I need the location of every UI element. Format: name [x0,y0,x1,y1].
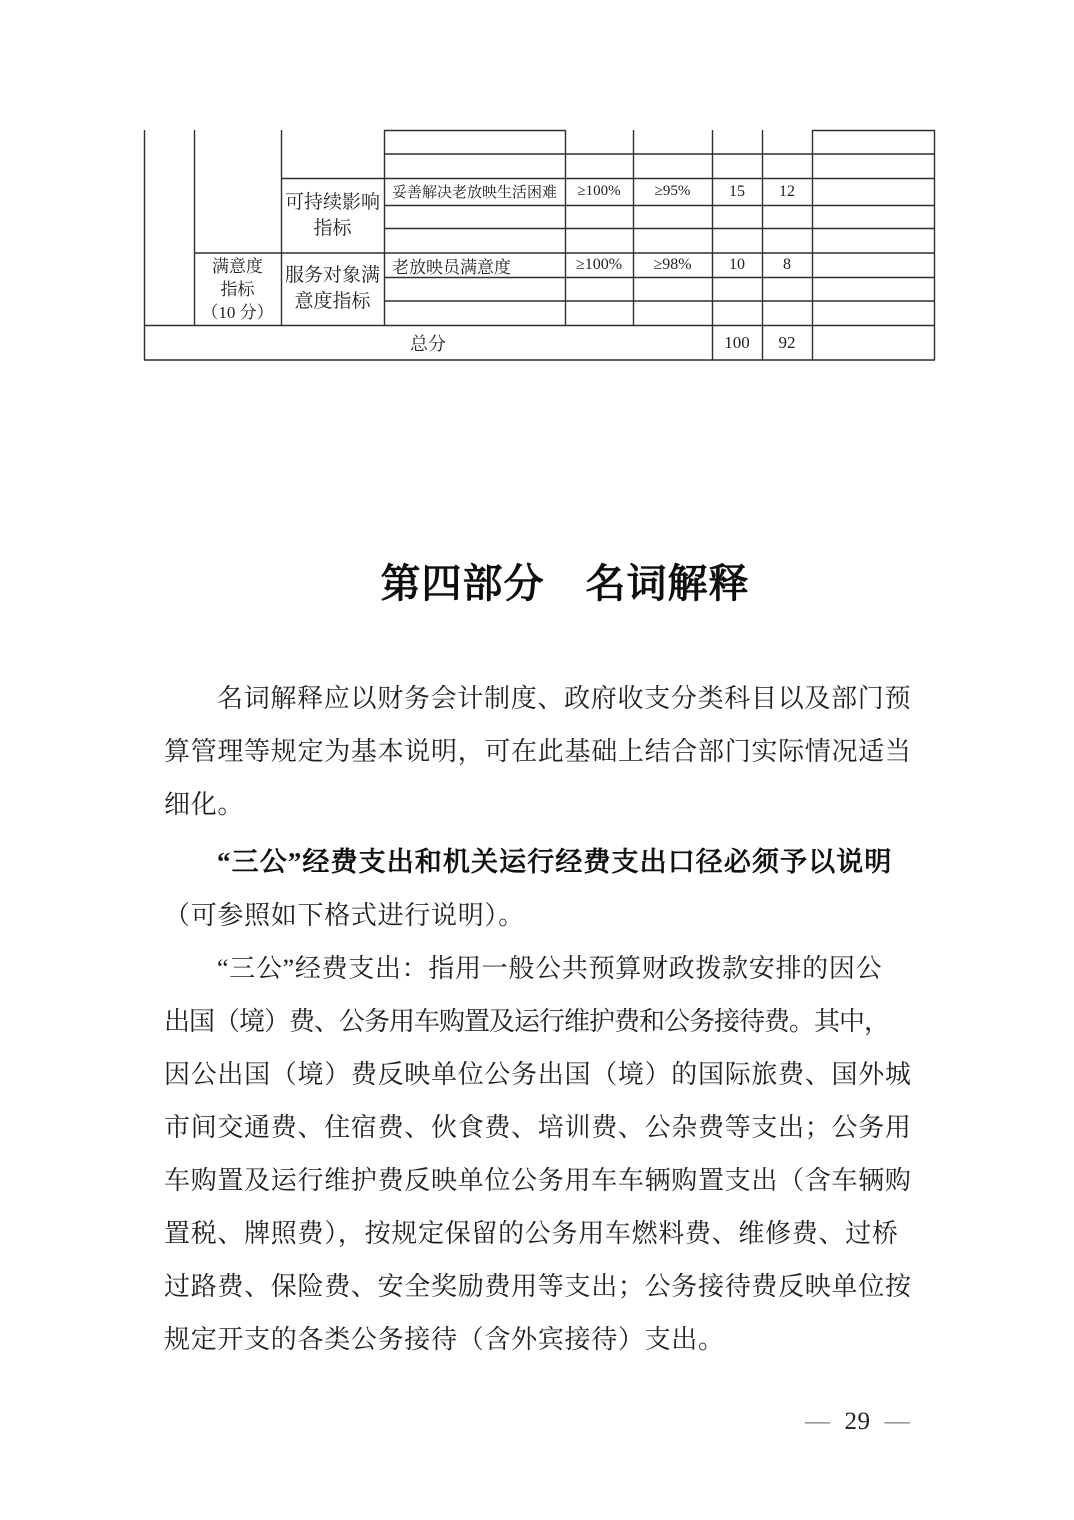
body-line: 置税、牌照费），按规定保留的公务用车燃料费、维修费、过桥 [164,1207,924,1260]
page-number-dash-left: — [805,1408,831,1435]
table-cell-completed-row1: ≥95% [633,178,712,205]
body-line: 细化。 [164,778,924,831]
table-cell-weight-row1: 15 [712,178,762,205]
table-cell-indicator-row1: 妥善解决老放映生活困难 [392,178,562,205]
body-line: 出国（境）费、公务用车购置及运行维护费和公务接待费。其中， [164,995,924,1048]
table-cell-sustainable-impact-header: 可持续影响 指标 [281,178,384,253]
page-number-dash-right: — [885,1408,911,1435]
body-line: 车购置及运行维护费反映单位公务用车车辆购置支出（含车辆购 [164,1154,924,1207]
table-cell-score-row2: 8 [762,253,812,277]
table-cell-target-row2: ≥100% [565,253,633,277]
page-number: —29— [164,1408,910,1436]
paragraph-1: 名词解释应以财务会计制度、政府收支分类科目以及部门预 算管理等规定为基本说明，可… [164,672,924,831]
body-line: 过路费、保险费、安全奖励费用等支出；公务接待费反映单位按 [164,1260,924,1313]
table-cell-total-score: 92 [762,325,812,360]
body-line: 因公出国（境）费反映单位公务出国（境）的国际旅费、国外城 [164,1048,924,1101]
body-line: “三公”经费支出：指用一般公共预算财政拨款安排的因公 [164,942,924,995]
table-cell-service-satisfaction-header: 服务对象满 意度指标 [281,253,384,325]
table-cell-weight-row2: 10 [712,253,762,277]
body-line: 市间交通费、住宿费、伙食费、培训费、公杂费等支出；公务用 [164,1101,924,1154]
table-cell-satisfaction-category-header: 满意度 指标 （10 分） [194,253,281,325]
body-line: 名词解释应以财务会计制度、政府收支分类科目以及部门预 [164,672,924,725]
table-cell-completed-row2: ≥98% [633,253,712,277]
table-cell-target-row1: ≥100% [565,178,633,205]
body-line: 规定开支的各类公务接待（含外宾接待）支出。 [164,1313,924,1366]
section-title: 第四部分 名词解释 [0,552,1074,609]
page-number-value: 29 [845,1408,871,1435]
table-cell-indicator-row2: 老放映员满意度 [392,253,562,277]
body-line: 算管理等规定为基本说明，可在此基础上结合部门实际情况适当 [164,725,924,778]
paragraph-2: “三公”经费支出和机关运行经费支出口径必须予以说明 （可参照如下格式进行说明）。 [164,836,924,942]
body-line: （可参照如下格式进行说明）。 [164,889,924,942]
paragraph-3: “三公”经费支出：指用一般公共预算财政拨款安排的因公 出国（境）费、公务用车购置… [164,942,924,1366]
table-cell-score-row1: 12 [762,178,812,205]
table-cell-total-label: 总分 [144,325,712,360]
document-page: 可持续影响 指标 妥善解决老放映生活困难 ≥100% ≥95% 15 12 满意… [0,0,1074,1520]
body-line-bold: “三公”经费支出和机关运行经费支出口径必须予以说明 [164,836,924,889]
table-cell-total-weight: 100 [712,325,762,360]
